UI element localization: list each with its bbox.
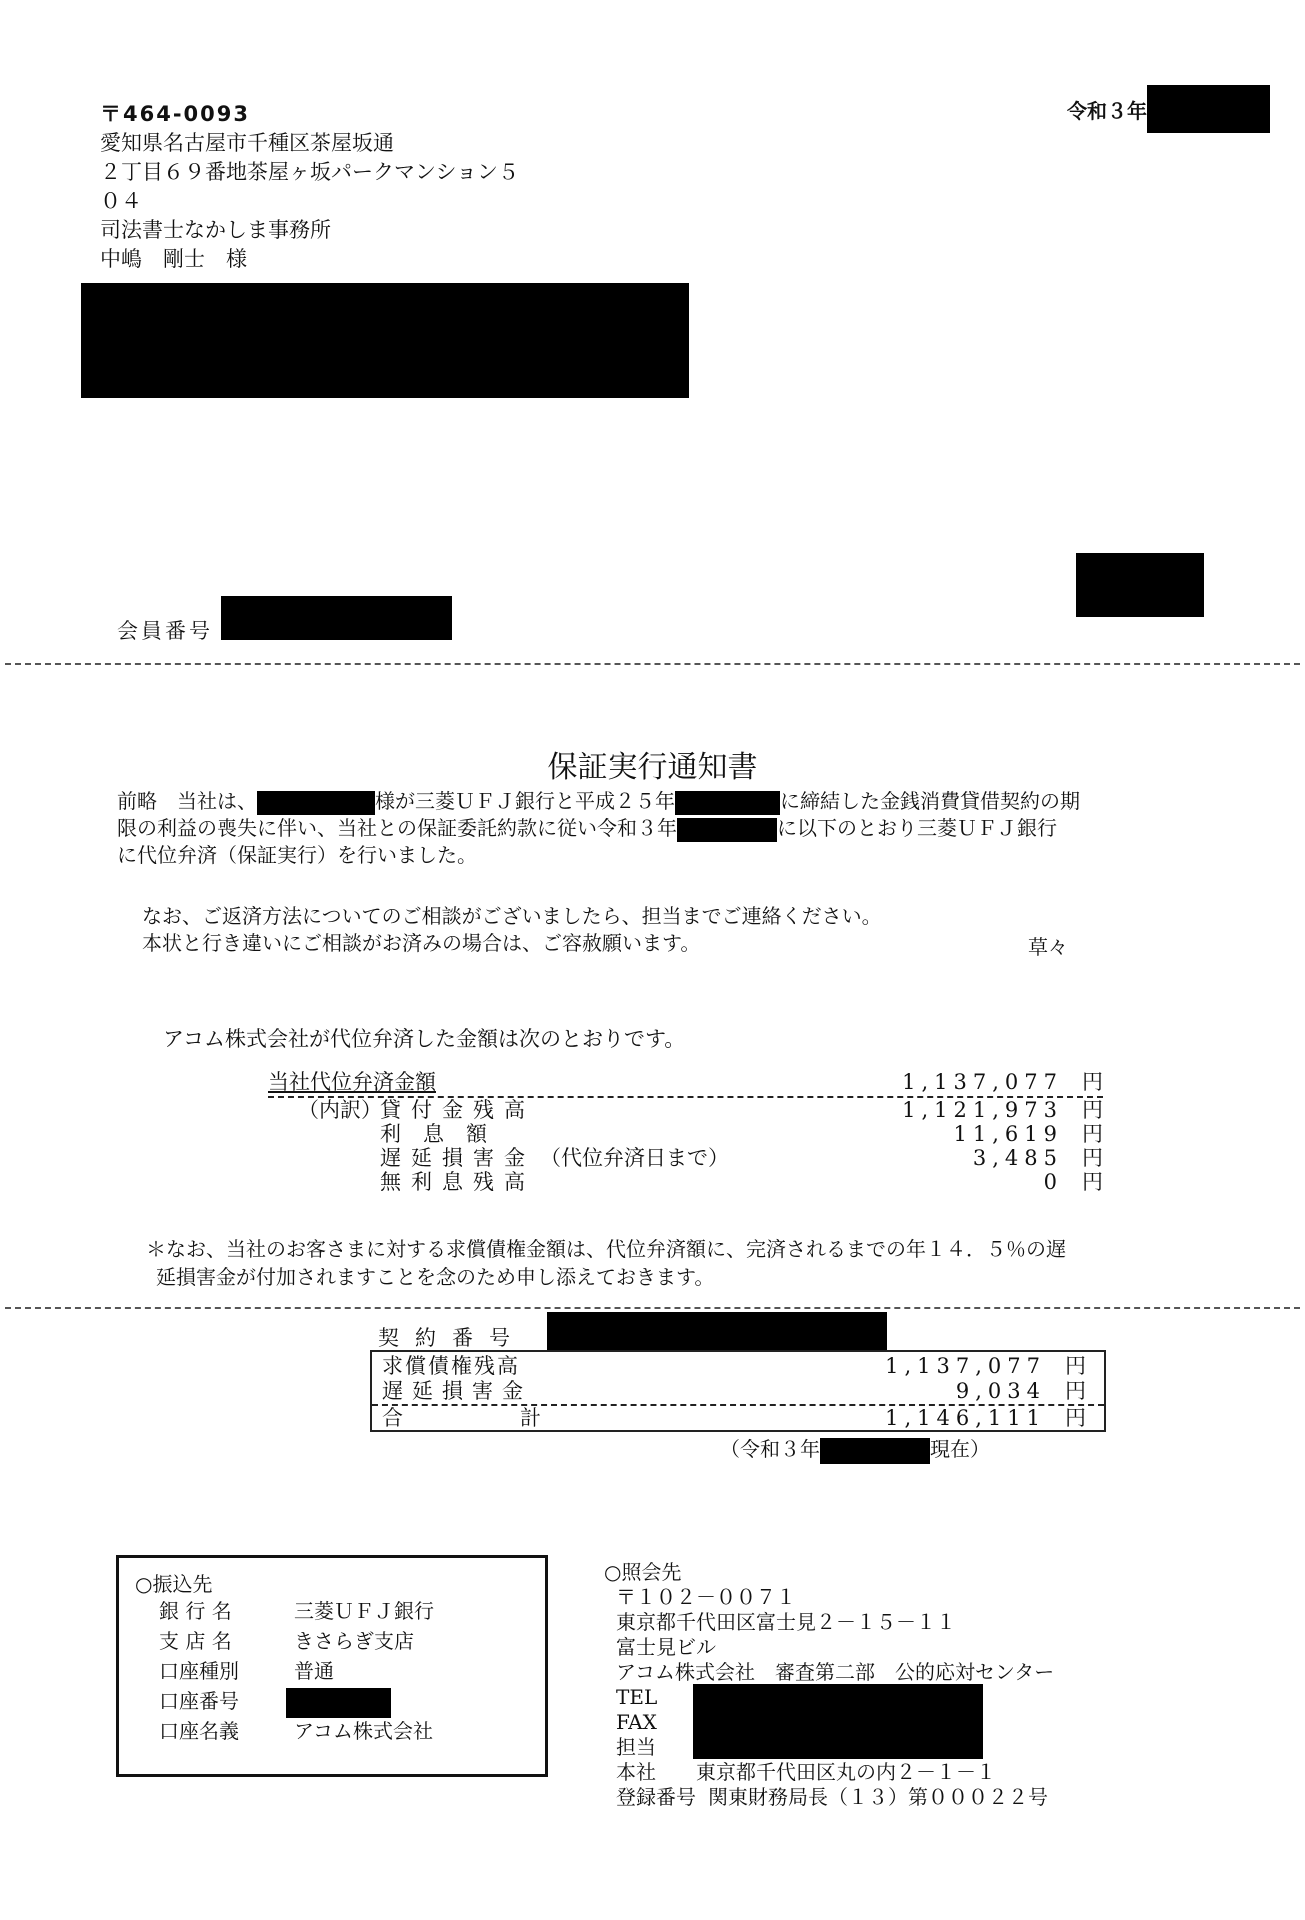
breakdown-row: 利息額 11,619 円 — [268, 1122, 1103, 1146]
intro-text: に代位弁済（保証実行）を行いました。 — [117, 842, 1197, 869]
registration-value: 関東財務局長（１３）第０００２２号 — [708, 1785, 1048, 1809]
tel-label: TEL — [616, 1685, 696, 1710]
intro-text: に締結した金銭消費貸借契約の期 — [780, 789, 1080, 813]
breakdown-value: 0 — [1044, 1170, 1063, 1194]
transfer-heading: ○振込先 — [135, 1568, 212, 1597]
recipient-address-line: ２丁目６９番地茶屋ヶ坂パークマンション５ — [100, 158, 519, 187]
transfer-row: 銀 行 名三菱ＵＦＪ銀行 — [159, 1596, 434, 1626]
note-line: 本状と行き違いにご相談がお済みの場合は、ご容赦願います。 — [142, 930, 882, 957]
intro-text: 限の利益の喪失に伴い、当社との保証委託約款に従い令和３年 — [117, 816, 677, 840]
footnote: ＊なお、当社のお客さまに対する求償債権金額は、代位弁済額に、完済されるまでの年１… — [146, 1235, 1066, 1291]
transfer-value: きさらぎ支店 — [294, 1629, 414, 1653]
breakdown-suffix: （代位弁済日まで） — [540, 1146, 729, 1170]
transfer-key: 口座番号 — [159, 1686, 294, 1716]
breakdown-label: 無利息残高 — [380, 1170, 535, 1194]
currency-yen: 円 — [1082, 1098, 1103, 1122]
transfer-row: 口座名義アコム株式会社 — [159, 1716, 433, 1746]
claim-value: 9,034 — [956, 1379, 1046, 1403]
recipient-address-line: ０４ — [100, 187, 519, 216]
closing-phrase: 草々 — [1028, 931, 1068, 960]
subrogation-total-value: 1,137,077 — [902, 1070, 1063, 1094]
note-paragraph: なお、ご返済方法についてのご相談がございましたら、担当までご連絡ください。 本状… — [142, 903, 882, 957]
transfer-key: 銀 行 名 — [159, 1596, 294, 1626]
breakdown-row: 遅延損害金 （代位弁済日まで） 3,485 円 — [268, 1146, 1103, 1170]
redacted-contract-number — [547, 1312, 887, 1350]
footnote-line: ＊なお、当社のお客さまに対する求償債権金額は、代位弁済額に、完済されるまでの年１… — [146, 1235, 1066, 1263]
fax-label: FAX — [616, 1710, 696, 1735]
intro-paragraph: 前略 当社は、様が三菱ＵＦＪ銀行と平成２５年に締結した金銭消費貸借契約の期 限の… — [117, 788, 1197, 869]
claim-label: 遅延損害金 — [382, 1379, 532, 1403]
subrogation-lead: アコム株式会社が代位弁済した金額は次のとおりです。 — [163, 1023, 685, 1053]
as-of-date: （令和３年現在） — [720, 1433, 990, 1464]
note-line: なお、ご返済方法についてのご相談がございましたら、担当までご連絡ください。 — [142, 903, 882, 930]
transfer-destination-box: ○振込先 銀 行 名三菱ＵＦＪ銀行 支 店 名きさらぎ支店 口座種別普通 口座番… — [116, 1555, 548, 1777]
as-of-prefix: （令和３年 — [720, 1437, 820, 1461]
currency-yen: 円 — [1082, 1070, 1103, 1094]
breakdown-value: 1,121,973 — [902, 1098, 1063, 1122]
claim-total-label-a: 合 — [382, 1406, 403, 1430]
hq-label: 本社 — [616, 1760, 696, 1785]
perforation-line — [5, 1307, 1300, 1309]
inquiry-address: 東京都千代田区富士見２－１５－１１ — [604, 1610, 1054, 1635]
redacted-contract-date — [675, 791, 780, 815]
transfer-row: 口座番号 — [159, 1686, 391, 1716]
redacted-block — [81, 283, 689, 398]
footnote-line: 延損害金が付加されますことを念のため申し添えておきます。 — [146, 1263, 1066, 1291]
breakdown-row: （内訳） 貸付金残高 1,121,973 円 — [268, 1098, 1103, 1122]
intro-text: 様が三菱ＵＦＪ銀行と平成２５年 — [375, 789, 675, 813]
breakdown-label: 貸付金残高 — [380, 1098, 535, 1122]
currency-yen: 円 — [1082, 1170, 1103, 1194]
intro-text: に以下のとおり三菱ＵＦＪ銀行 — [777, 816, 1057, 840]
claim-row: 求償債権残高 1,137,077 円 — [382, 1354, 1086, 1378]
subrogation-amounts: 当社代位弁済金額 1,137,077 円 （内訳） 貸付金残高 1,121,97… — [268, 1070, 1103, 1194]
redacted-as-of-date — [820, 1438, 930, 1464]
breakdown-value: 3,485 — [973, 1146, 1063, 1170]
claim-total-row: 合 計 1,146,111 円 — [382, 1406, 1086, 1430]
currency-yen: 円 — [1082, 1122, 1103, 1146]
recipient-address: 〒464-0093 愛知県名古屋市千種区茶屋坂通 ２丁目６９番地茶屋ヶ坂パークマ… — [100, 100, 519, 274]
currency-yen: 円 — [1065, 1379, 1086, 1403]
redacted-stamp — [1076, 553, 1204, 617]
redacted-date — [1147, 85, 1270, 133]
inquiry-postal: 〒１０２－００７１ — [604, 1585, 1054, 1610]
transfer-key: 口座種別 — [159, 1656, 294, 1686]
redacted-account-number — [286, 1688, 391, 1718]
claim-total-label-b: 計 — [520, 1406, 541, 1430]
transfer-row: 口座種別普通 — [159, 1656, 334, 1686]
staff-label: 担当 — [616, 1735, 696, 1760]
subrogation-total-label: 当社代位弁済金額 — [268, 1070, 436, 1094]
transfer-key: 口座名義 — [159, 1716, 294, 1746]
intro-text: 前略 当社は、 — [117, 789, 257, 813]
inquiry-registration: 登録番号関東財務局長（１３）第０００２２号 — [604, 1785, 1054, 1810]
perforation-line — [5, 663, 1300, 665]
claim-value: 1,137,077 — [885, 1354, 1046, 1378]
inquiry-heading: ○照会先 — [604, 1560, 1054, 1585]
recipient-postal: 〒464-0093 — [100, 100, 519, 129]
transfer-value: 三菱ＵＦＪ銀行 — [294, 1599, 434, 1623]
breakdown-label: 遅延損害金 — [380, 1146, 535, 1170]
inquiry-hq: 本社東京都千代田区丸の内２－１－１ — [604, 1760, 1054, 1785]
redacted-member-number — [221, 596, 452, 640]
as-of-suffix: 現在） — [930, 1437, 990, 1461]
breakdown-prefix: （内訳） — [298, 1098, 382, 1122]
page-title: 保証実行通知書 — [0, 742, 1305, 786]
claim-label: 求償債権残高 — [382, 1354, 520, 1378]
recipient-office: 司法書士なかしま事務所 — [100, 216, 519, 245]
transfer-value: アコム株式会社 — [294, 1719, 433, 1743]
currency-yen: 円 — [1065, 1354, 1086, 1378]
inquiry-building: 富士見ビル — [604, 1635, 1054, 1660]
member-number-label: 会員番号 — [117, 615, 213, 645]
breakdown-label: 利息額 — [380, 1122, 509, 1146]
redacted-contact-details — [693, 1684, 983, 1759]
transfer-value: 普通 — [294, 1659, 334, 1683]
currency-yen: 円 — [1082, 1146, 1103, 1170]
transfer-row: 支 店 名きさらぎ支店 — [159, 1626, 414, 1656]
subrogation-total-row: 当社代位弁済金額 1,137,077 円 — [268, 1070, 1103, 1098]
document-date: 令和３年 — [1067, 95, 1147, 124]
currency-yen: 円 — [1065, 1406, 1086, 1430]
inquiry-department: アコム株式会社 審査第二部 公的応対センター — [604, 1660, 1054, 1685]
transfer-key: 支 店 名 — [159, 1626, 294, 1656]
redacted-customer-name — [257, 791, 375, 815]
claim-balance-table: 求償債権残高 1,137,077 円 遅延損害金 9,034 円 合 計 1,1… — [370, 1350, 1106, 1432]
claim-total-value: 1,146,111 — [885, 1406, 1046, 1430]
hq-address: 東京都千代田区丸の内２－１－１ — [696, 1760, 996, 1784]
redacted-subrogation-date — [677, 818, 777, 842]
recipient-name: 中嶋 剛士 様 — [100, 245, 519, 274]
breakdown-row: 無利息残高 0 円 — [268, 1170, 1103, 1194]
breakdown-value: 11,619 — [954, 1122, 1063, 1146]
claim-row: 遅延損害金 9,034 円 — [382, 1379, 1086, 1403]
recipient-address-line: 愛知県名古屋市千種区茶屋坂通 — [100, 129, 519, 158]
registration-label: 登録番号 — [616, 1785, 708, 1810]
contract-number-label: 契約番号 — [378, 1322, 526, 1352]
